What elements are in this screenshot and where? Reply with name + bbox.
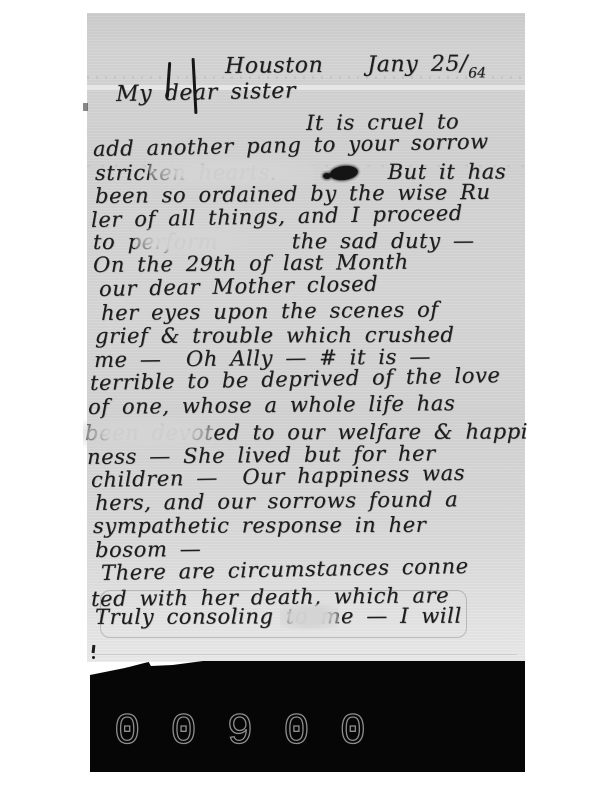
handwritten-line: There are circumstances conne — [101, 556, 469, 584]
letter-page: HoustonJany 25/64 My dear sister It is c… — [87, 13, 525, 662]
handwritten-line: our dear Mother closed — [99, 274, 379, 300]
heading-date: Jany 25/ — [367, 51, 468, 77]
faint-rule — [93, 654, 517, 655]
handwritten-line: bosom — — [95, 539, 202, 561]
faded-area — [149, 159, 314, 186]
heading-place: Houston — [225, 53, 324, 79]
faded-area — [83, 419, 213, 448]
faded-area — [280, 604, 338, 629]
salutation-line: My dear sister — [116, 81, 296, 106]
film-counter-band: 00900 — [90, 661, 525, 772]
heading-year: 64 — [468, 65, 486, 81]
faded-area — [135, 228, 247, 255]
handwritten-line: ler of all things, and I proceed — [91, 203, 463, 231]
handwritten-line: add another pang to your sorrow — [93, 131, 489, 160]
handwritten-line: her eyes upon the scenes of — [101, 299, 439, 324]
handwritten-line: sympathetic response in her — [93, 515, 426, 537]
handwritten-line: grief & trouble which crushed — [95, 325, 455, 347]
handwritten-line: of one, whose a whole life has — [88, 393, 456, 418]
margin-speck — [83, 103, 88, 111]
ink-blot — [323, 173, 331, 179]
handwritten-line: terrible to be deprived of the love — [90, 365, 501, 394]
microfilm-frame: HoustonJany 25/64 My dear sister It is c… — [0, 0, 612, 792]
frame-counter-digits: 00900 — [114, 710, 396, 754]
edge-mark-dot — [92, 656, 95, 659]
handwritten-line: hers, and our sorrows found a — [95, 489, 458, 514]
